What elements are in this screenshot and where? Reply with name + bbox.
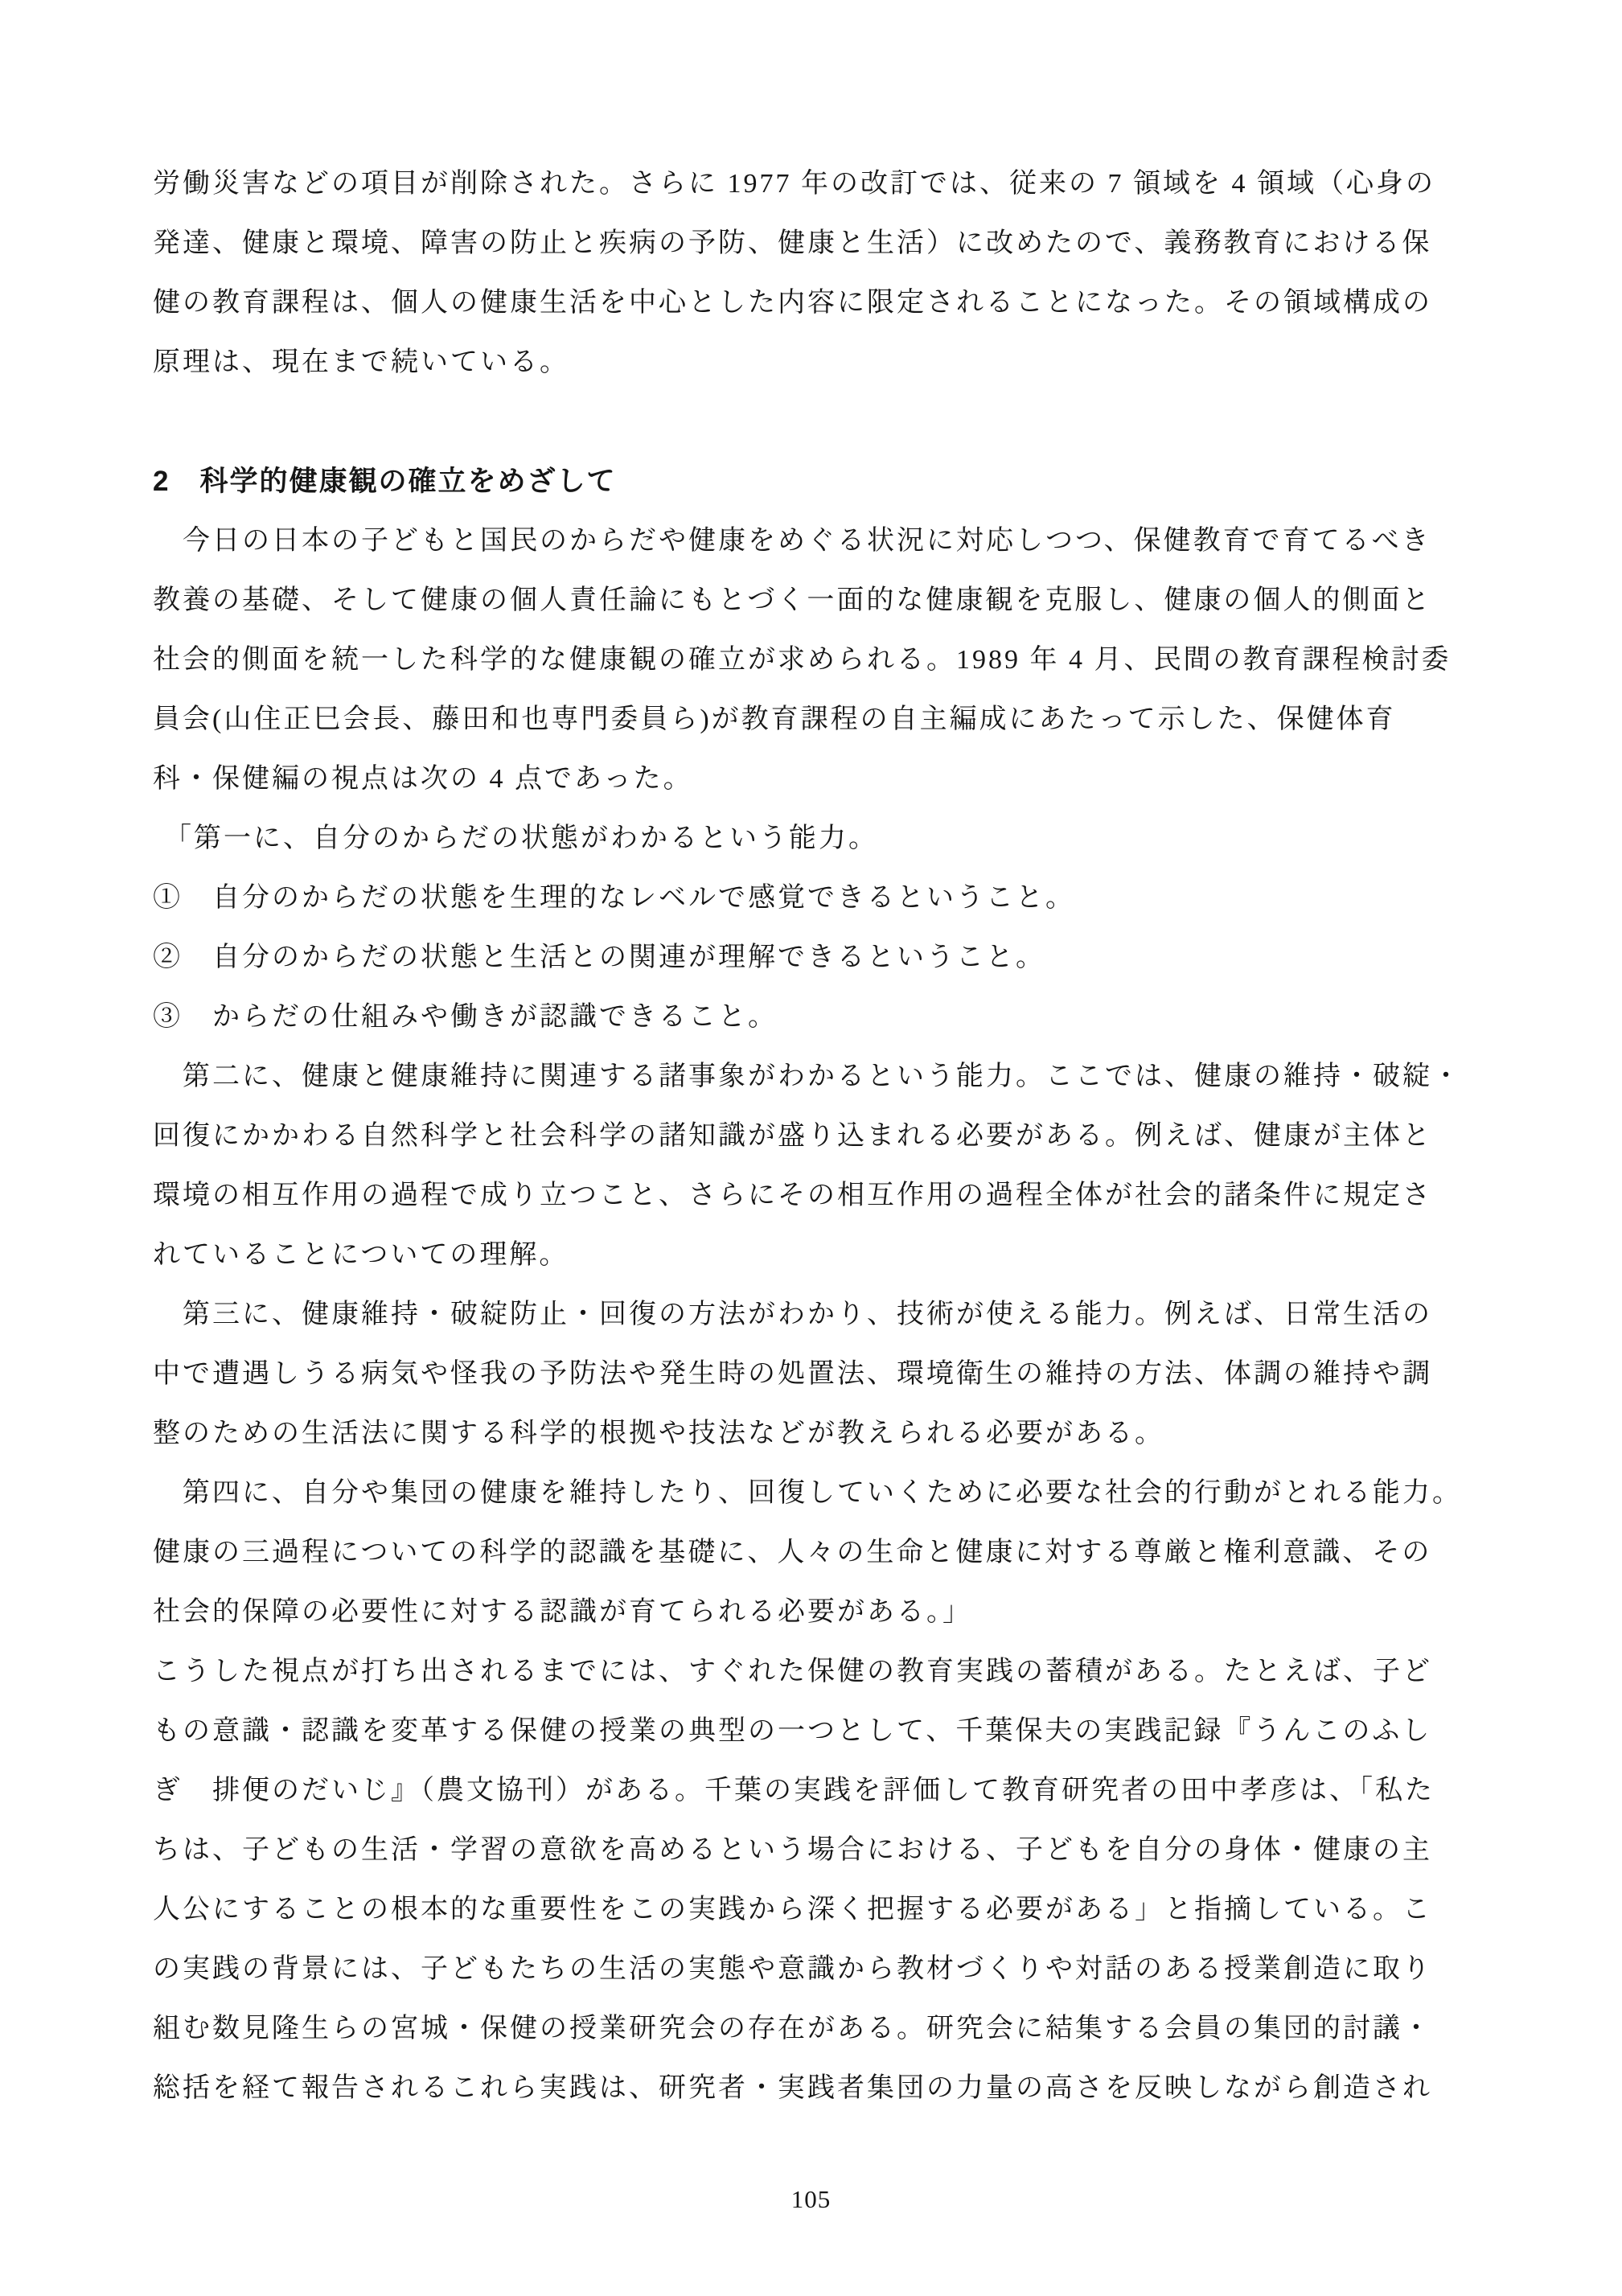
text-line: 健康の三過程についての科学的認識を基礎に、人々の生命と健康に対する尊厳と権利意識… — [153, 1523, 1480, 1583]
text-line: こうした視点が打ち出されるまでには、すぐれた保健の教育実践の蓄積がある。たとえば… — [153, 1642, 1480, 1702]
text-line: 第三に、健康維持・破綻防止・回復の方法がわかり、技術が使える能力。例えば、日常生… — [153, 1285, 1480, 1345]
list-item: ② 自分のからだの状態と生活との関連が理解できるということ。 — [153, 928, 1480, 988]
text-line: 中で遭遇しうる病気や怪我の予防法や発生時の処置法、環境衛生の維持の方法、体調の維… — [153, 1345, 1480, 1404]
text-line: 健の教育課程は、個人の健康生活を中心とした内容に限定されることになった。その領域… — [153, 273, 1480, 333]
text-line: れていることについての理解。 — [153, 1226, 1480, 1285]
text-body: 労働災害などの項目が削除された。さらに 1977 年の改訂では、従来の 7 領域… — [153, 154, 1480, 2118]
text-line: の実践の背景には、子どもたちの生活の実態や意識から教材づくりや対話のある授業創造… — [153, 1940, 1480, 1999]
text-line: 総括を経て報告されるこれら実践は、研究者・実践者集団の力量の高さを反映しながら創… — [153, 2059, 1480, 2118]
list-item: ① 自分のからだの状態を生理的なレベルで感覚できるということ。 — [153, 869, 1480, 928]
text-line: 第二に、健康と健康維持に関連する諸事象がわかるという能力。ここでは、健康の維持・… — [153, 1047, 1480, 1107]
text-line: ぎ 排便のだいじ』（農文協刊）がある。千葉の実践を評価して教育研究者の田中孝彦は… — [153, 1761, 1480, 1821]
text-line: 今日の日本の子どもと国民のからだや健康をめぐる状況に対応しつつ、保健教育で育てる… — [153, 511, 1480, 571]
blank-line — [153, 392, 1480, 452]
text-line: 社会的側面を統一した科学的な健康観の確立が求められる。1989 年 4 月、民間… — [153, 630, 1480, 690]
text-line: 人公にすることの根本的な重要性をこの実践から深く把握する必要がある」と指摘してい… — [153, 1880, 1480, 1940]
page-number: 105 — [0, 2170, 1622, 2229]
text-line: もの意識・認識を変革する保健の授業の典型の一つとして、千葉保夫の実践記録『うんこ… — [153, 1702, 1480, 1761]
text-line: 科・保健編の視点は次の 4 点であった。 — [153, 750, 1480, 809]
text-line: 組む数見隆生らの宮城・保健の授業研究会の存在がある。研究会に結集する会員の集団的… — [153, 1999, 1480, 2059]
text-line: 原理は、現在まで続いている。 — [153, 333, 1480, 392]
text-line: 労働災害などの項目が削除された。さらに 1977 年の改訂では、従来の 7 領域… — [153, 154, 1480, 214]
text-line: 第四に、自分や集団の健康を維持したり、回復していくために必要な社会的行動がとれる… — [153, 1464, 1480, 1523]
text-line: 社会的保障の必要性に対する認識が育てられる必要がある。」 — [153, 1583, 1480, 1642]
text-line: 発達、健康と環境、障害の防止と疾病の予防、健康と生活）に改めたので、義務教育にお… — [153, 214, 1480, 273]
text-line: ちは、子どもの生活・学習の意欲を高めるという場合における、子どもを自分の身体・健… — [153, 1821, 1480, 1880]
text-line: 回復にかかわる自然科学と社会科学の諸知識が盛り込まれる必要がある。例えば、健康が… — [153, 1107, 1480, 1166]
text-line: 環境の相互作用の過程で成り立つこと、さらにその相互作用の過程全体が社会的諸条件に… — [153, 1166, 1480, 1226]
document-page: 労働災害などの項目が削除された。さらに 1977 年の改訂では、従来の 7 領域… — [0, 0, 1622, 2296]
section-heading: 2 科学的健康観の確立をめざして — [153, 452, 1480, 511]
text-line: 員会(山住正巳会長、藤田和也専門委員ら)が教育課程の自主編成にあたって示した、保… — [153, 690, 1480, 750]
text-line: 教養の基礎、そして健康の個人責任論にもとづく一面的な健康観を克服し、健康の個人的… — [153, 571, 1480, 630]
text-line: 整のための生活法に関する科学的根拠や技法などが教えられる必要がある。 — [153, 1404, 1480, 1464]
quote-line: 「第一に、自分のからだの状態がわかるという能力。 — [153, 809, 1480, 869]
list-item: ③ からだの仕組みや働きが認識できること。 — [153, 988, 1480, 1047]
